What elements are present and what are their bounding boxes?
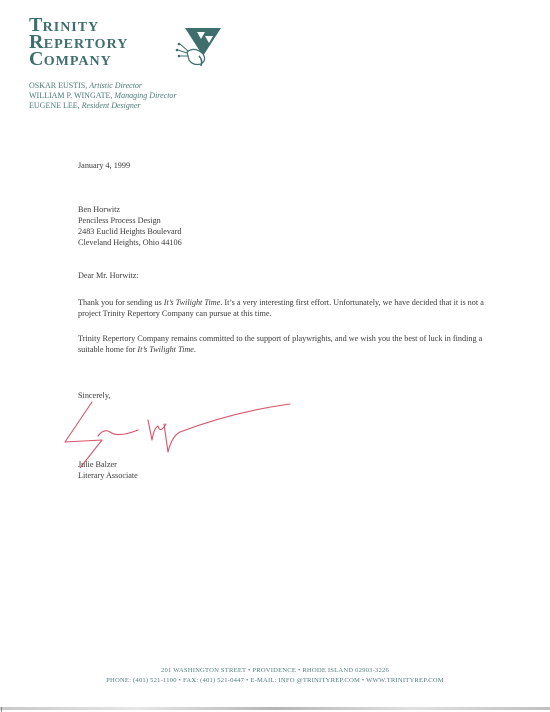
salutation: Dear Mr. Horwitz:: [78, 270, 139, 281]
org-name-line-3: COMPANY: [29, 52, 128, 69]
staff-list: OSKAR EUSTIS, Artistic Director WILLIAM …: [29, 81, 177, 111]
play-title: It’s Twilight Time: [137, 345, 194, 354]
body-paragraph-1: Thank you for sending us It’s Twilight T…: [78, 297, 498, 319]
recipient-line: 2483 Euclid Heights Boulevard: [78, 226, 182, 237]
footer-contact: PHONE: (401) 521-1100 • FAX: (401) 521-0…: [0, 677, 550, 684]
footer-address: 201 WASHINGTON STREET • PROVIDENCE • RHO…: [0, 667, 550, 674]
signer-block: Julie Balzer Literary Associate: [78, 459, 138, 481]
organization-name: TRINITY REPERTORY COMPANY: [29, 18, 128, 69]
recipient-line: Ben Horwitz: [78, 204, 182, 215]
page-bottom-edge: [0, 707, 550, 710]
page-corner-mark: [1, 707, 2, 712]
staff-item: EUGENE LEE, Resident Designer: [29, 101, 177, 111]
letterhead: TRINITY REPERTORY COMPANY: [29, 18, 128, 69]
signer-name: Julie Balzer: [78, 459, 138, 470]
recipient-line: Cleveland Heights, Ohio 44106: [78, 237, 182, 248]
recipient-line: Penciless Process Design: [78, 215, 182, 226]
staff-item: WILLIAM P. WINGATE, Managing Director: [29, 91, 177, 101]
handwritten-signature: [62, 398, 292, 468]
play-title: It’s Twilight Time: [164, 298, 221, 307]
body-paragraph-2: Trinity Repertory Company remains commit…: [78, 333, 498, 355]
recipient-address: Ben Horwitz Penciless Process Design 248…: [78, 204, 182, 248]
jester-pennant-logo-icon: [173, 26, 223, 68]
signer-title: Literary Associate: [78, 470, 138, 481]
staff-item: OSKAR EUSTIS, Artistic Director: [29, 81, 177, 91]
letter-date: January 4, 1999: [78, 160, 130, 171]
